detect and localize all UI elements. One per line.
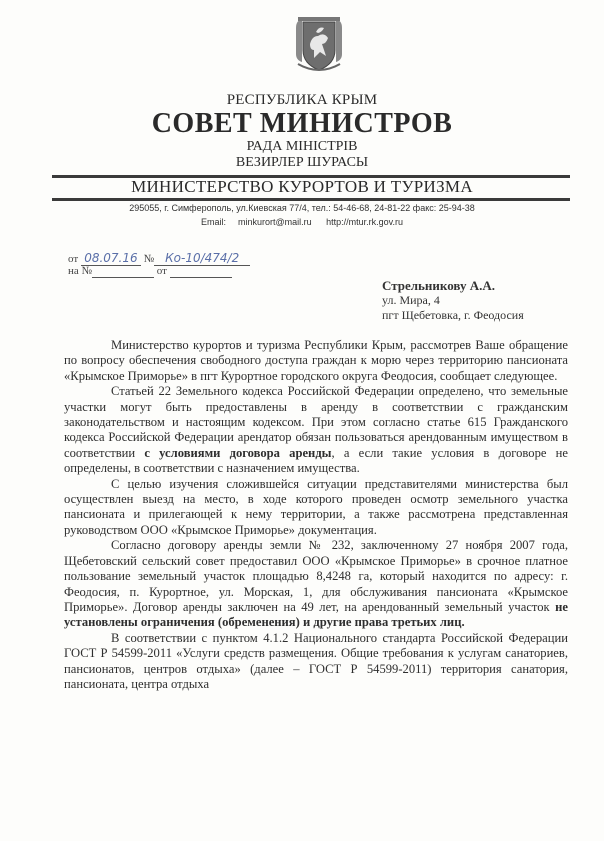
coat-of-arms-icon <box>290 14 348 76</box>
from-label: от <box>68 253 78 265</box>
recipient-name: Стрельникову А.А. <box>382 278 524 293</box>
council-title: СОВЕТ МИНИСТРОВ <box>0 108 604 140</box>
paragraph-2: Статьей 22 Земельного кодекса Российской… <box>64 384 568 476</box>
council-title-ua: РАДА МІНІСТРІВ <box>0 139 604 155</box>
contact-line: Email:minkurort@mail.ru http://mtur.rk.g… <box>0 217 604 227</box>
letter-body: Министерство курортов и туризма Республи… <box>64 338 568 692</box>
email-link[interactable]: minkurort@mail.ru <box>238 217 312 227</box>
republic-title: РЕСПУБЛИКА КРЫМ <box>0 92 604 109</box>
registration-number: Ко-10/474/2 <box>154 251 250 266</box>
registration-date: 08.07.16 <box>81 251 141 266</box>
recipient-street: ул. Мира, 4 <box>382 293 524 308</box>
ministry-address: 295055, г. Симферополь, ул.Киевская 77/4… <box>0 203 604 213</box>
header-divider-bottom <box>52 198 570 201</box>
outgoing-registration: от 08.07.16 №Ко-10/474/2 <box>68 251 250 266</box>
paragraph-4: Согласно договору аренды земли № 232, за… <box>64 538 568 630</box>
council-title-crh: ВЕЗИРЛЕР ШУРАСЫ <box>0 155 604 171</box>
reply-registration: на № от <box>68 265 232 278</box>
paragraph-1: Министерство курортов и туризма Республи… <box>64 338 568 384</box>
paragraph-3: С целью изучения сложившейся ситуации пр… <box>64 477 568 539</box>
ministry-title: МИНИСТЕРСТВО КУРОРТОВ И ТУРИЗМА <box>0 177 604 197</box>
paragraph-2-emphasis: с условиями договора аренды <box>144 446 331 460</box>
reply-number-label: на № <box>68 265 92 277</box>
paragraph-5: В соответствии с пунктом 4.1.2 Националь… <box>64 631 568 693</box>
reply-date-blank <box>170 265 232 278</box>
email-label: Email: <box>201 217 226 227</box>
website-link[interactable]: http://mtur.rk.gov.ru <box>326 217 403 227</box>
paragraph-4-text: Согласно договору аренды земли № 232, за… <box>64 538 568 614</box>
recipient-locality: пгт Щебетовка, г. Феодосия <box>382 308 524 323</box>
reply-from-label: от <box>157 265 167 277</box>
recipient-block: Стрельникову А.А. ул. Мира, 4 пгт Щебето… <box>382 278 524 323</box>
reply-number-blank <box>92 265 154 278</box>
number-label: № <box>144 253 155 265</box>
